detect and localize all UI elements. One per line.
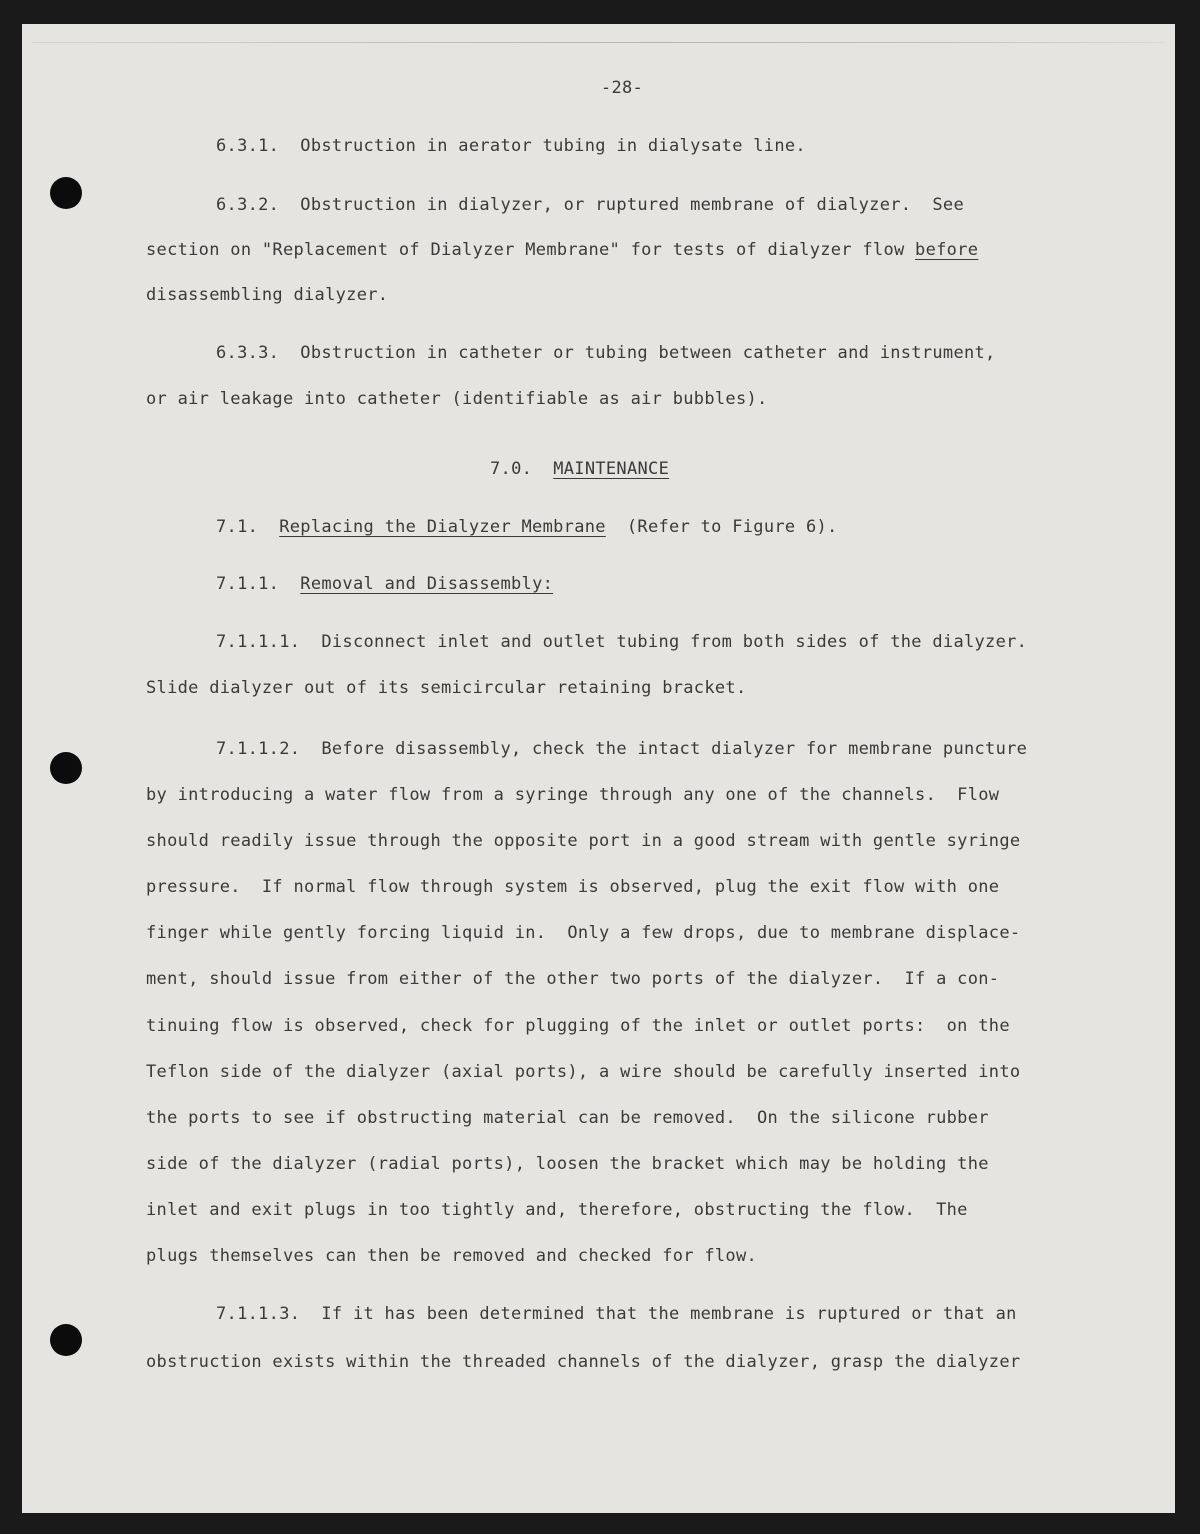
- item-6-3-1: 6.3.1. Obstruction in aerator tubing in …: [216, 136, 806, 156]
- item-6-3-2-line-2-text: section on "Replacement of Dialyzer Memb…: [146, 240, 915, 260]
- punch-hole-icon: [50, 1324, 82, 1356]
- para-7-1-1-1-line-1: 7.1.1.1. Disconnect inlet and outlet tub…: [216, 632, 1027, 652]
- para-7-1-1-3-line-1: 7.1.1.3. If it has been determined that …: [216, 1304, 1017, 1324]
- punch-hole-icon: [50, 177, 82, 209]
- item-6-3-2-line-2: section on "Replacement of Dialyzer Memb…: [146, 240, 978, 260]
- subsection-7-1-number: 7.1.: [216, 517, 258, 537]
- subsection-7-1-1-number: 7.1.1.: [216, 574, 279, 594]
- section-heading: 7.0. MAINTENANCE: [490, 459, 669, 479]
- section-title: MAINTENANCE: [553, 459, 669, 479]
- para-7-1-1-1-line-2: Slide dialyzer out of its semicircular r…: [146, 678, 747, 698]
- para-7-1-1-2-line-5: finger while gently forcing liquid in. O…: [146, 923, 1020, 943]
- para-7-1-1-2-line-8: Teflon side of the dialyzer (axial ports…: [146, 1062, 1020, 1082]
- subsection-7-1-title: Replacing the Dialyzer Membrane: [279, 517, 606, 537]
- para-7-1-1-2-line-1: 7.1.1.2. Before disassembly, check the i…: [216, 739, 1027, 759]
- item-6-3-2-line-3: disassembling dialyzer.: [146, 285, 388, 305]
- subsection-7-1: 7.1. Replacing the Dialyzer Membrane (Re…: [216, 517, 838, 537]
- subsection-7-1-1-title: Removal and Disassembly:: [300, 574, 553, 594]
- para-7-1-1-2-line-6: ment, should issue from either of the ot…: [146, 969, 999, 989]
- para-7-1-1-3-line-2: obstruction exists within the threaded c…: [146, 1352, 1020, 1372]
- emphasis-before: before: [915, 240, 978, 260]
- para-7-1-1-2-line-4: pressure. If normal flow through system …: [146, 877, 999, 897]
- item-6-3-3-line-1: 6.3.3. Obstruction in catheter or tubing…: [216, 343, 996, 363]
- para-7-1-1-2-line-2: by introducing a water flow from a syrin…: [146, 785, 999, 805]
- para-7-1-1-2-line-9: the ports to see if obstructing material…: [146, 1108, 989, 1128]
- subsection-7-1-suffix: (Refer to Figure 6).: [627, 517, 838, 537]
- scan-artifact: [32, 42, 1165, 43]
- para-7-1-1-2-line-12: plugs themselves can then be removed and…: [146, 1246, 757, 1266]
- subsection-7-1-1: 7.1.1. Removal and Disassembly:: [216, 574, 553, 594]
- item-6-3-2-line-1: 6.3.2. Obstruction in dialyzer, or ruptu…: [216, 195, 964, 215]
- para-7-1-1-2-line-11: inlet and exit plugs in too tightly and,…: [146, 1200, 968, 1220]
- page-number: -28-: [582, 78, 662, 98]
- section-number: 7.0.: [490, 459, 532, 479]
- document-page: -28- 6.3.1. Obstruction in aerator tubin…: [22, 24, 1175, 1513]
- para-7-1-1-2-line-10: side of the dialyzer (radial ports), loo…: [146, 1154, 989, 1174]
- punch-hole-icon: [50, 752, 82, 784]
- para-7-1-1-2-line-3: should readily issue through the opposit…: [146, 831, 1020, 851]
- item-6-3-3-line-2: or air leakage into catheter (identifiab…: [146, 389, 768, 409]
- para-7-1-1-2-line-7: tinuing flow is observed, check for plug…: [146, 1016, 1010, 1036]
